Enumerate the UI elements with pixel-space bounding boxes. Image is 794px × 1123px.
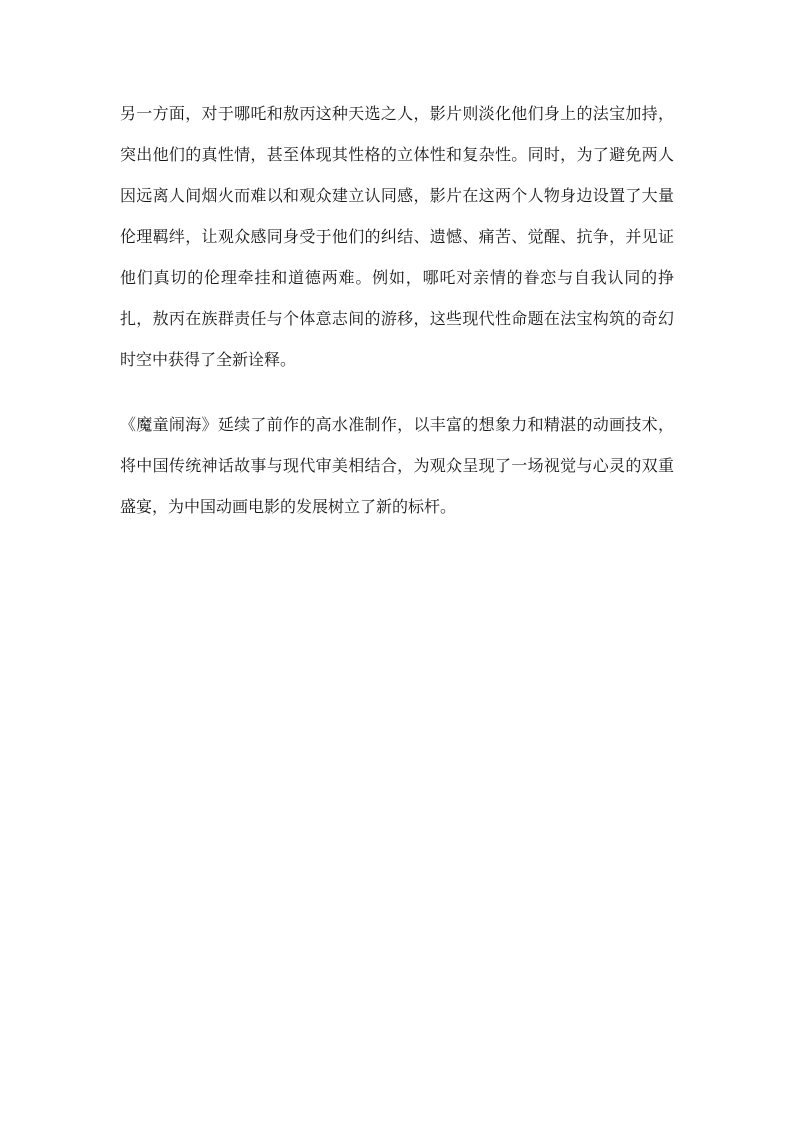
paragraph-analysis: 另一方面，对于哪吒和敖丙这种天选之人，影片则淡化他们身上的法宝加持，突出他们的真… (120, 94, 674, 381)
document-page: 另一方面，对于哪吒和敖丙这种天选之人，影片则淡化他们身上的法宝加持，突出他们的真… (0, 0, 794, 1123)
paragraph-conclusion: 《魔童闹海》延续了前作的高水准制作，以丰富的想象力和精湛的动画技术，将中国传统神… (120, 405, 674, 528)
document-text-area: 另一方面，对于哪吒和敖丙这种天选之人，影片则淡化他们身上的法宝加持，突出他们的真… (120, 94, 674, 528)
